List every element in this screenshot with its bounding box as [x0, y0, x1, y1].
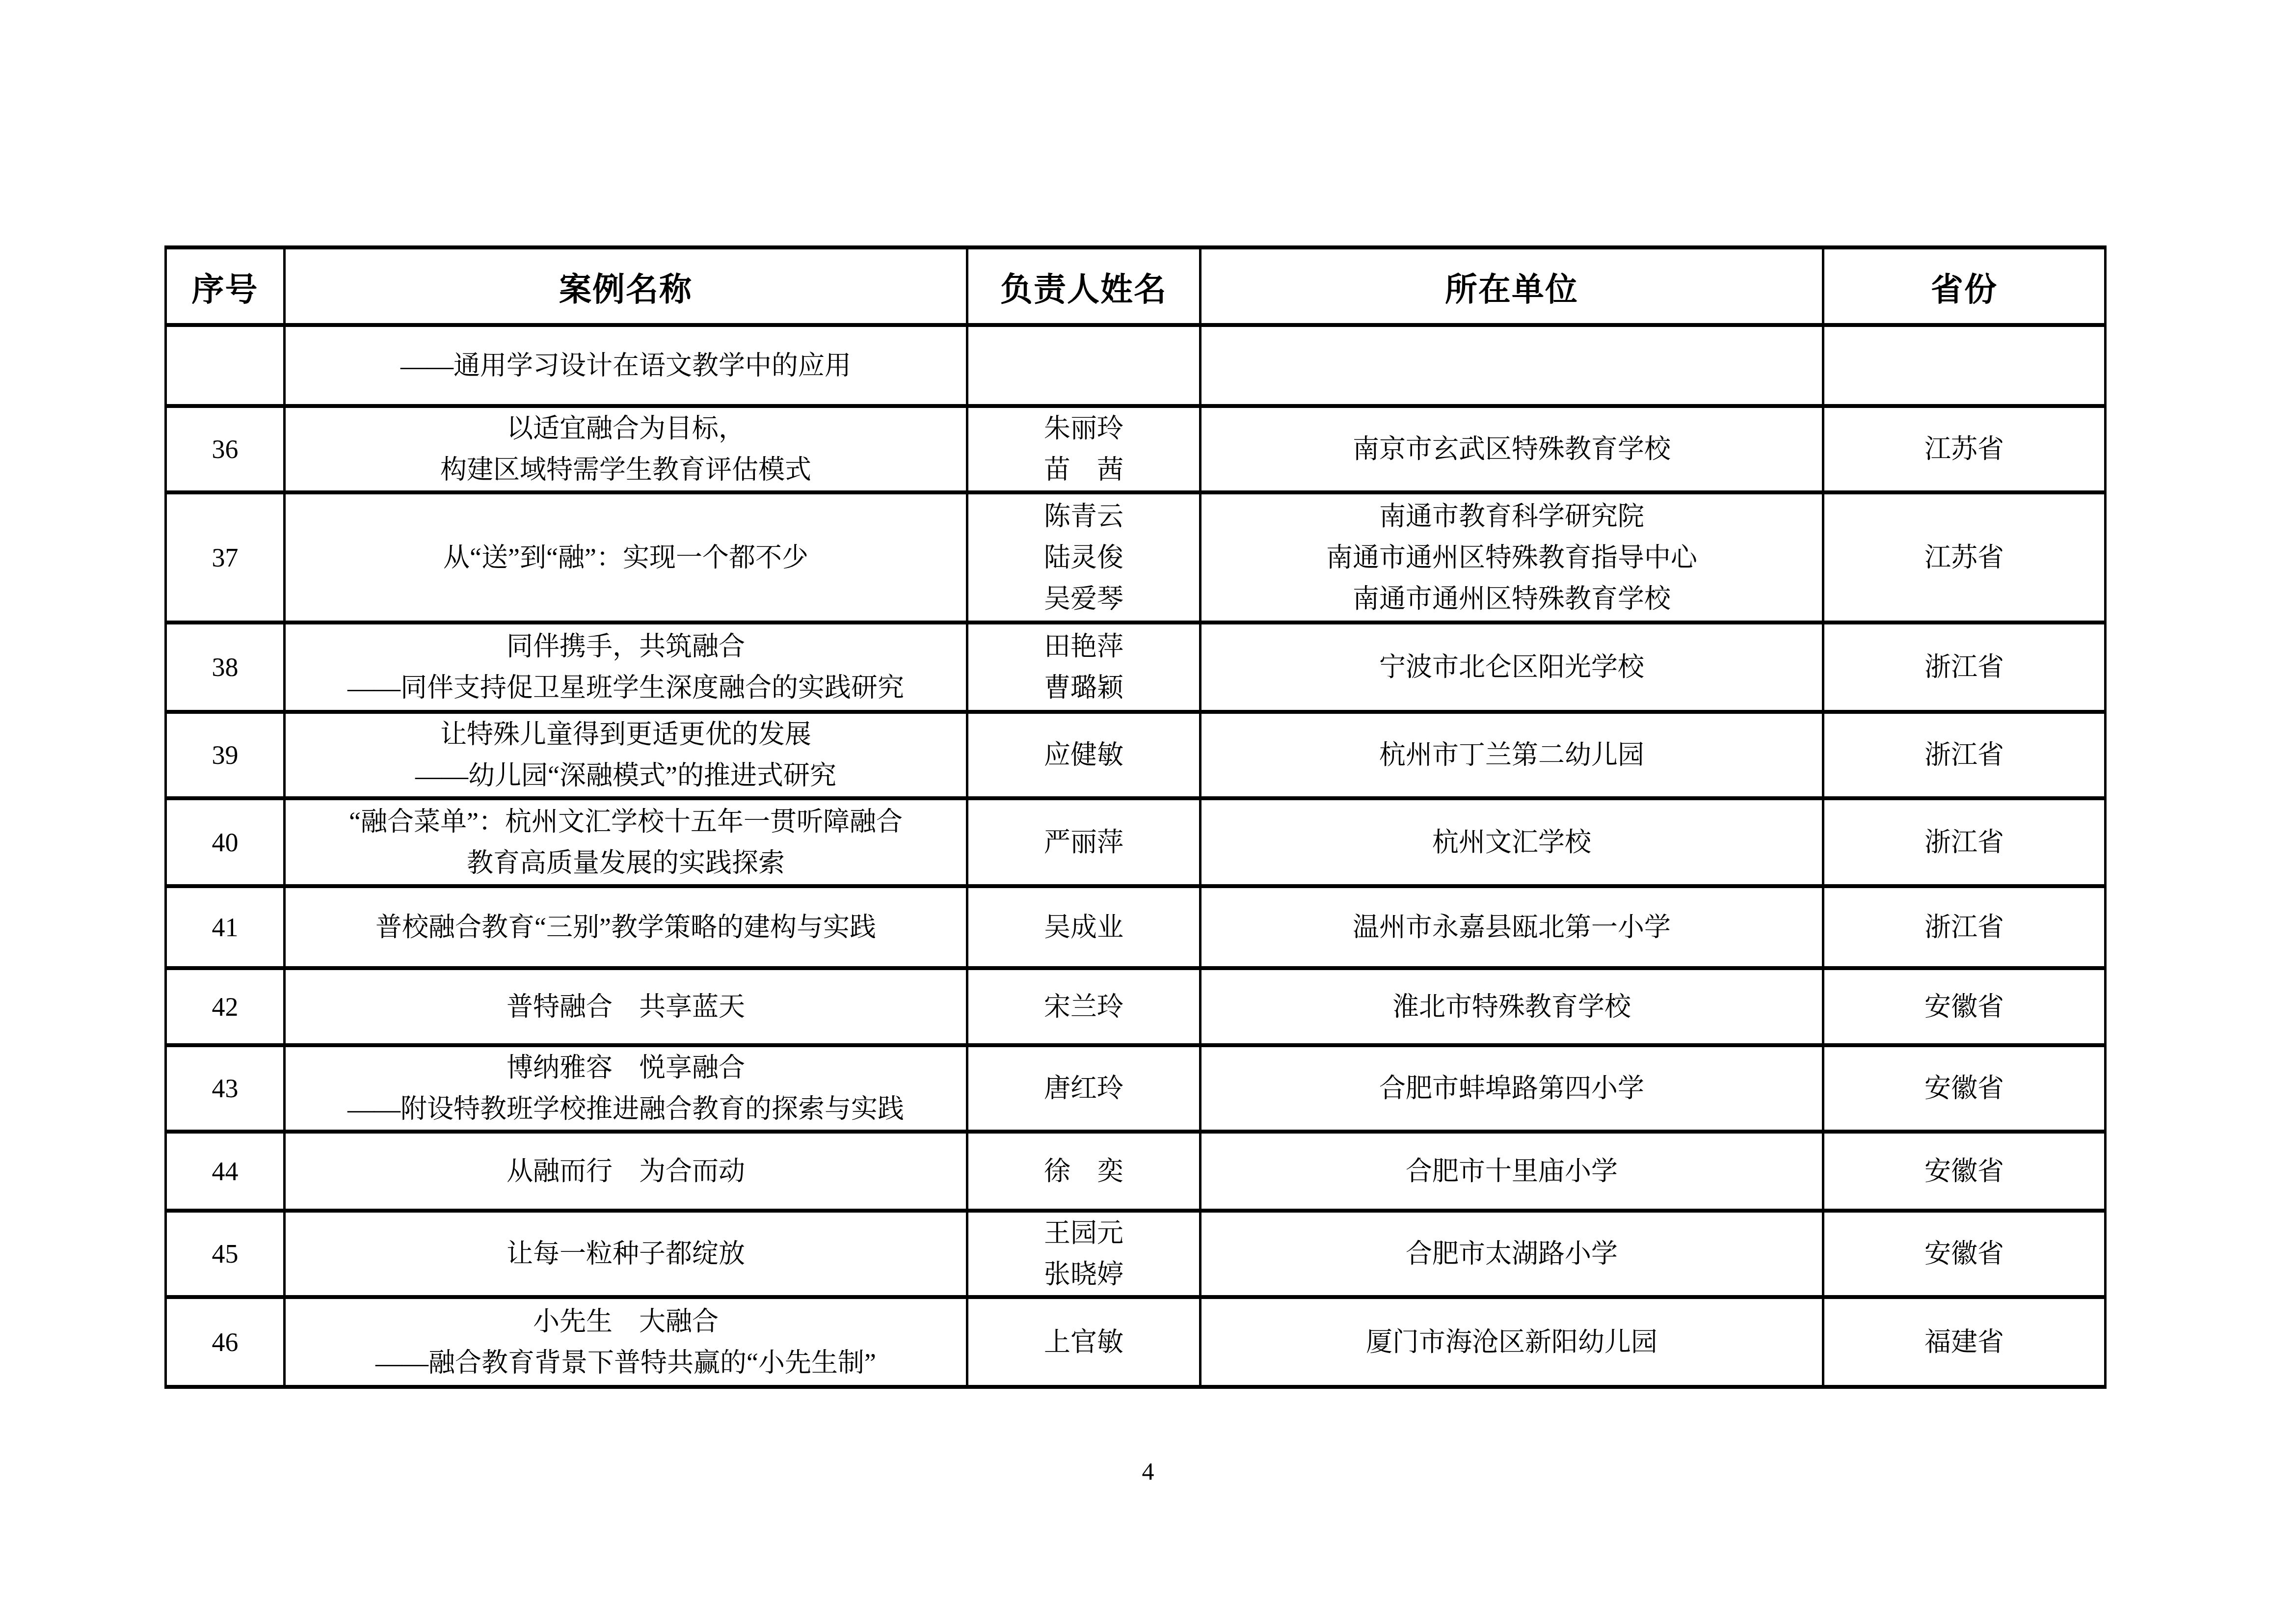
row-number-text: 46 [167, 1322, 283, 1363]
row-number-text: 42 [167, 986, 283, 1028]
row-number-text: 36 [167, 429, 283, 470]
case-title-cell: 博纳雅容 悦享融合——附设特教班学校推进融合教育的探索与实践 [285, 1045, 967, 1132]
leader-name-line: 陈青云 [968, 496, 1199, 537]
province-text: 安徽省 [1824, 1151, 2104, 1192]
case-title-line: 同伴携手，共筑融合 [286, 626, 966, 667]
case-title-line: 从“送”到“融”：实现一个都不少 [286, 537, 966, 578]
row-number-cell: 42 [166, 968, 285, 1045]
leader-name-line: 上官敏 [968, 1322, 1199, 1363]
province-cell: 安徽省 [1823, 1211, 2106, 1297]
province-text: 江苏省 [1824, 537, 2104, 578]
leader-names-cell: 朱丽玲苗 茜 [967, 406, 1201, 492]
unit-line: 合肥市十里庙小学 [1201, 1151, 1822, 1192]
leader-name-line: 田艳萍 [968, 626, 1199, 667]
header-case-title: 案例名称 [285, 247, 967, 325]
province-text: 安徽省 [1824, 986, 2104, 1028]
province-cell: 江苏省 [1823, 406, 2106, 492]
case-title-cell: ——通用学习设计在语文教学中的应用 [285, 325, 967, 406]
row-number-cell: 43 [166, 1045, 285, 1132]
unit-cell: 杭州市丁兰第二幼儿园 [1201, 712, 1823, 798]
table-row: 38同伴携手，共筑融合——同伴支持促卫星班学生深度融合的实践研究田艳萍曹璐颖宁波… [166, 623, 2106, 712]
unit-cell: 合肥市蚌埠路第四小学 [1201, 1045, 1823, 1132]
leader-name-line: 王园元 [968, 1213, 1199, 1254]
leader-names-cell: 应健敏 [967, 712, 1201, 798]
leader-names-cell: 王园元张晓婷 [967, 1211, 1201, 1297]
row-number-text: 41 [167, 907, 283, 948]
case-title-cell: 以适宜融合为目标，构建区域特需学生教育评估模式 [285, 406, 967, 492]
province-text: 浙江省 [1824, 907, 2104, 948]
table-row: 39让特殊儿童得到更适更优的发展——幼儿园“深融模式”的推进式研究应健敏杭州市丁… [166, 712, 2106, 798]
case-title-cell: 同伴携手，共筑融合——同伴支持促卫星班学生深度融合的实践研究 [285, 623, 967, 712]
province-text: 浙江省 [1824, 734, 2104, 776]
case-title-cell: 让每一粒种子都绽放 [285, 1211, 967, 1297]
province-text: 安徽省 [1824, 1068, 2104, 1109]
province-cell: 浙江省 [1823, 886, 2106, 968]
leader-name-line: 曹璐颖 [968, 667, 1199, 708]
table-row: 42普特融合 共享蓝天宋兰玲淮北市特殊教育学校安徽省 [166, 968, 2106, 1045]
unit-cell [1201, 325, 1823, 406]
header-unit: 所在单位 [1201, 247, 1823, 325]
leader-name-line: 苗 茜 [968, 449, 1199, 490]
unit-cell: 杭州文汇学校 [1201, 798, 1823, 886]
unit-cell: 合肥市十里庙小学 [1201, 1132, 1823, 1211]
row-number-cell: 38 [166, 623, 285, 712]
page-number: 4 [0, 1457, 2296, 1486]
row-number-cell: 36 [166, 406, 285, 492]
case-title-line: 构建区域特需学生教育评估模式 [286, 449, 966, 490]
row-number-cell [166, 325, 285, 406]
province-cell: 浙江省 [1823, 623, 2106, 712]
case-title-line: 教育高质量发展的实践探索 [286, 842, 966, 884]
case-title-line: 普特融合 共享蓝天 [286, 986, 966, 1028]
unit-line: 杭州文汇学校 [1201, 822, 1822, 863]
table-row: 45让每一粒种子都绽放王园元张晓婷合肥市太湖路小学安徽省 [166, 1211, 2106, 1297]
case-title-cell: 小先生 大融合——融合教育背景下普特共赢的“小先生制” [285, 1297, 967, 1387]
case-title-cell: “融合菜单”：杭州文汇学校十五年一贯听障融合教育高质量发展的实践探索 [285, 798, 967, 886]
table-row: ——通用学习设计在语文教学中的应用 [166, 325, 2106, 406]
province-cell: 福建省 [1823, 1297, 2106, 1387]
leader-names-cell: 唐红玲 [967, 1045, 1201, 1132]
province-cell: 浙江省 [1823, 798, 2106, 886]
row-number-text: 43 [167, 1068, 283, 1109]
row-number-text: 45 [167, 1233, 283, 1274]
table-body: ——通用学习设计在语文教学中的应用36以适宜融合为目标，构建区域特需学生教育评估… [166, 325, 2106, 1387]
unit-line: 合肥市蚌埠路第四小学 [1201, 1068, 1822, 1109]
province-cell: 安徽省 [1823, 1132, 2106, 1211]
leader-name-line: 吴成业 [968, 907, 1199, 948]
unit-cell: 淮北市特殊教育学校 [1201, 968, 1823, 1045]
leader-name-line: 吴爱琴 [968, 578, 1199, 620]
table-header-row: 序号 案例名称 负责人姓名 所在单位 省份 [166, 247, 2106, 325]
leader-names-cell [967, 325, 1201, 406]
header-leader-name: 负责人姓名 [967, 247, 1201, 325]
unit-cell: 宁波市北仑区阳光学校 [1201, 623, 1823, 712]
case-title-line: 让每一粒种子都绽放 [286, 1233, 966, 1274]
case-title-cell: 普校融合教育“三别”教学策略的建构与实践 [285, 886, 967, 968]
table-row: 36以适宜融合为目标，构建区域特需学生教育评估模式朱丽玲苗 茜南京市玄武区特殊教… [166, 406, 2106, 492]
table-row: 40“融合菜单”：杭州文汇学校十五年一贯听障融合教育高质量发展的实践探索严丽萍杭… [166, 798, 2106, 886]
unit-line: 宁波市北仑区阳光学校 [1201, 647, 1822, 688]
row-number-cell: 40 [166, 798, 285, 886]
province-cell: 江苏省 [1823, 492, 2106, 623]
row-number-text: 44 [167, 1151, 283, 1192]
province-text: 浙江省 [1824, 647, 2104, 688]
unit-line: 温州市永嘉县瓯北第一小学 [1201, 907, 1822, 948]
leader-names-cell: 上官敏 [967, 1297, 1201, 1387]
province-text: 福建省 [1824, 1322, 2104, 1363]
unit-line: 南通市教育科学研究院 [1201, 496, 1822, 537]
leader-name-line: 应健敏 [968, 734, 1199, 776]
leader-names-cell: 徐 奕 [967, 1132, 1201, 1211]
row-number-cell: 39 [166, 712, 285, 798]
leader-names-cell: 陈青云陆灵俊吴爱琴 [967, 492, 1201, 623]
case-title-line: 小先生 大融合 [286, 1301, 966, 1342]
document-page: { "document": { "page_number": "4" }, "t… [0, 0, 2296, 1624]
row-number-text: 37 [167, 537, 283, 578]
province-text: 浙江省 [1824, 822, 2104, 863]
unit-cell: 合肥市太湖路小学 [1201, 1211, 1823, 1297]
case-title-line: “融合菜单”：杭州文汇学校十五年一贯听障融合 [286, 801, 966, 842]
unit-line: 南通市通州区特殊教育指导中心 [1201, 537, 1822, 578]
province-cell [1823, 325, 2106, 406]
province-cell: 浙江省 [1823, 712, 2106, 798]
table-row: 43博纳雅容 悦享融合——附设特教班学校推进融合教育的探索与实践唐红玲合肥市蚌埠… [166, 1045, 2106, 1132]
unit-line: 淮北市特殊教育学校 [1201, 986, 1822, 1028]
case-title-line: 以适宜融合为目标， [286, 408, 966, 449]
table-row: 37从“送”到“融”：实现一个都不少陈青云陆灵俊吴爱琴南通市教育科学研究院南通市… [166, 492, 2106, 623]
leader-names-cell: 田艳萍曹璐颖 [967, 623, 1201, 712]
awards-table: 序号 案例名称 负责人姓名 所在单位 省份 ——通用学习设计在语文教学中的应用3… [164, 245, 2107, 1389]
row-number-cell: 37 [166, 492, 285, 623]
case-title-line: ——附设特教班学校推进融合教育的探索与实践 [286, 1088, 966, 1130]
unit-cell: 厦门市海沧区新阳幼儿园 [1201, 1297, 1823, 1387]
row-number-text: 39 [167, 734, 283, 776]
leader-names-cell: 吴成业 [967, 886, 1201, 968]
unit-cell: 南京市玄武区特殊教育学校 [1201, 406, 1823, 492]
table-row: 41普校融合教育“三别”教学策略的建构与实践吴成业温州市永嘉县瓯北第一小学浙江省 [166, 886, 2106, 968]
table-row: 44从融而行 为合而动徐 奕合肥市十里庙小学安徽省 [166, 1132, 2106, 1211]
row-number-cell: 46 [166, 1297, 285, 1387]
case-title-line: 博纳雅容 悦享融合 [286, 1047, 966, 1088]
header-province: 省份 [1823, 247, 2106, 325]
province-text: 江苏省 [1824, 429, 2104, 470]
unit-line: 合肥市太湖路小学 [1201, 1233, 1822, 1274]
unit-cell: 南通市教育科学研究院南通市通州区特殊教育指导中心南通市通州区特殊教育学校 [1201, 492, 1823, 623]
unit-cell: 温州市永嘉县瓯北第一小学 [1201, 886, 1823, 968]
case-title-cell: 普特融合 共享蓝天 [285, 968, 967, 1045]
leader-name-line: 张晓婷 [968, 1254, 1199, 1295]
row-number-text: 40 [167, 822, 283, 863]
case-title-line: ——融合教育背景下普特共赢的“小先生制” [286, 1342, 966, 1383]
row-number-cell: 44 [166, 1132, 285, 1211]
unit-line: 南京市玄武区特殊教育学校 [1201, 429, 1822, 470]
header-serial-number: 序号 [166, 247, 285, 325]
case-title-cell: 从“送”到“融”：实现一个都不少 [285, 492, 967, 623]
leader-name-line: 宋兰玲 [968, 986, 1199, 1028]
case-title-cell: 让特殊儿童得到更适更优的发展——幼儿园“深融模式”的推进式研究 [285, 712, 967, 798]
leader-names-cell: 严丽萍 [967, 798, 1201, 886]
leader-name-line: 唐红玲 [968, 1068, 1199, 1109]
case-title-line: ——同伴支持促卫星班学生深度融合的实践研究 [286, 667, 966, 708]
row-number-cell: 45 [166, 1211, 285, 1297]
leader-name-line: 朱丽玲 [968, 408, 1199, 449]
unit-line: 厦门市海沧区新阳幼儿园 [1201, 1322, 1822, 1363]
leader-name-line: 陆灵俊 [968, 537, 1199, 578]
province-text: 安徽省 [1824, 1233, 2104, 1274]
row-number-text: 38 [167, 647, 283, 688]
table-row: 46小先生 大融合——融合教育背景下普特共赢的“小先生制”上官敏厦门市海沧区新阳… [166, 1297, 2106, 1387]
province-cell: 安徽省 [1823, 1045, 2106, 1132]
unit-line: 南通市通州区特殊教育学校 [1201, 578, 1822, 620]
province-cell: 安徽省 [1823, 968, 2106, 1045]
leader-names-cell: 宋兰玲 [967, 968, 1201, 1045]
leader-name-line: 严丽萍 [968, 822, 1199, 863]
case-title-line: ——幼儿园“深融模式”的推进式研究 [286, 755, 966, 796]
leader-name-line: 徐 奕 [968, 1151, 1199, 1192]
row-number-cell: 41 [166, 886, 285, 968]
case-title-line: 让特殊儿童得到更适更优的发展 [286, 714, 966, 755]
case-title-line: 从融而行 为合而动 [286, 1151, 966, 1192]
case-title-cell: 从融而行 为合而动 [285, 1132, 967, 1211]
case-title-line: 普校融合教育“三别”教学策略的建构与实践 [286, 907, 966, 948]
case-title-line: ——通用学习设计在语文教学中的应用 [286, 345, 966, 386]
unit-line: 杭州市丁兰第二幼儿园 [1201, 734, 1822, 776]
